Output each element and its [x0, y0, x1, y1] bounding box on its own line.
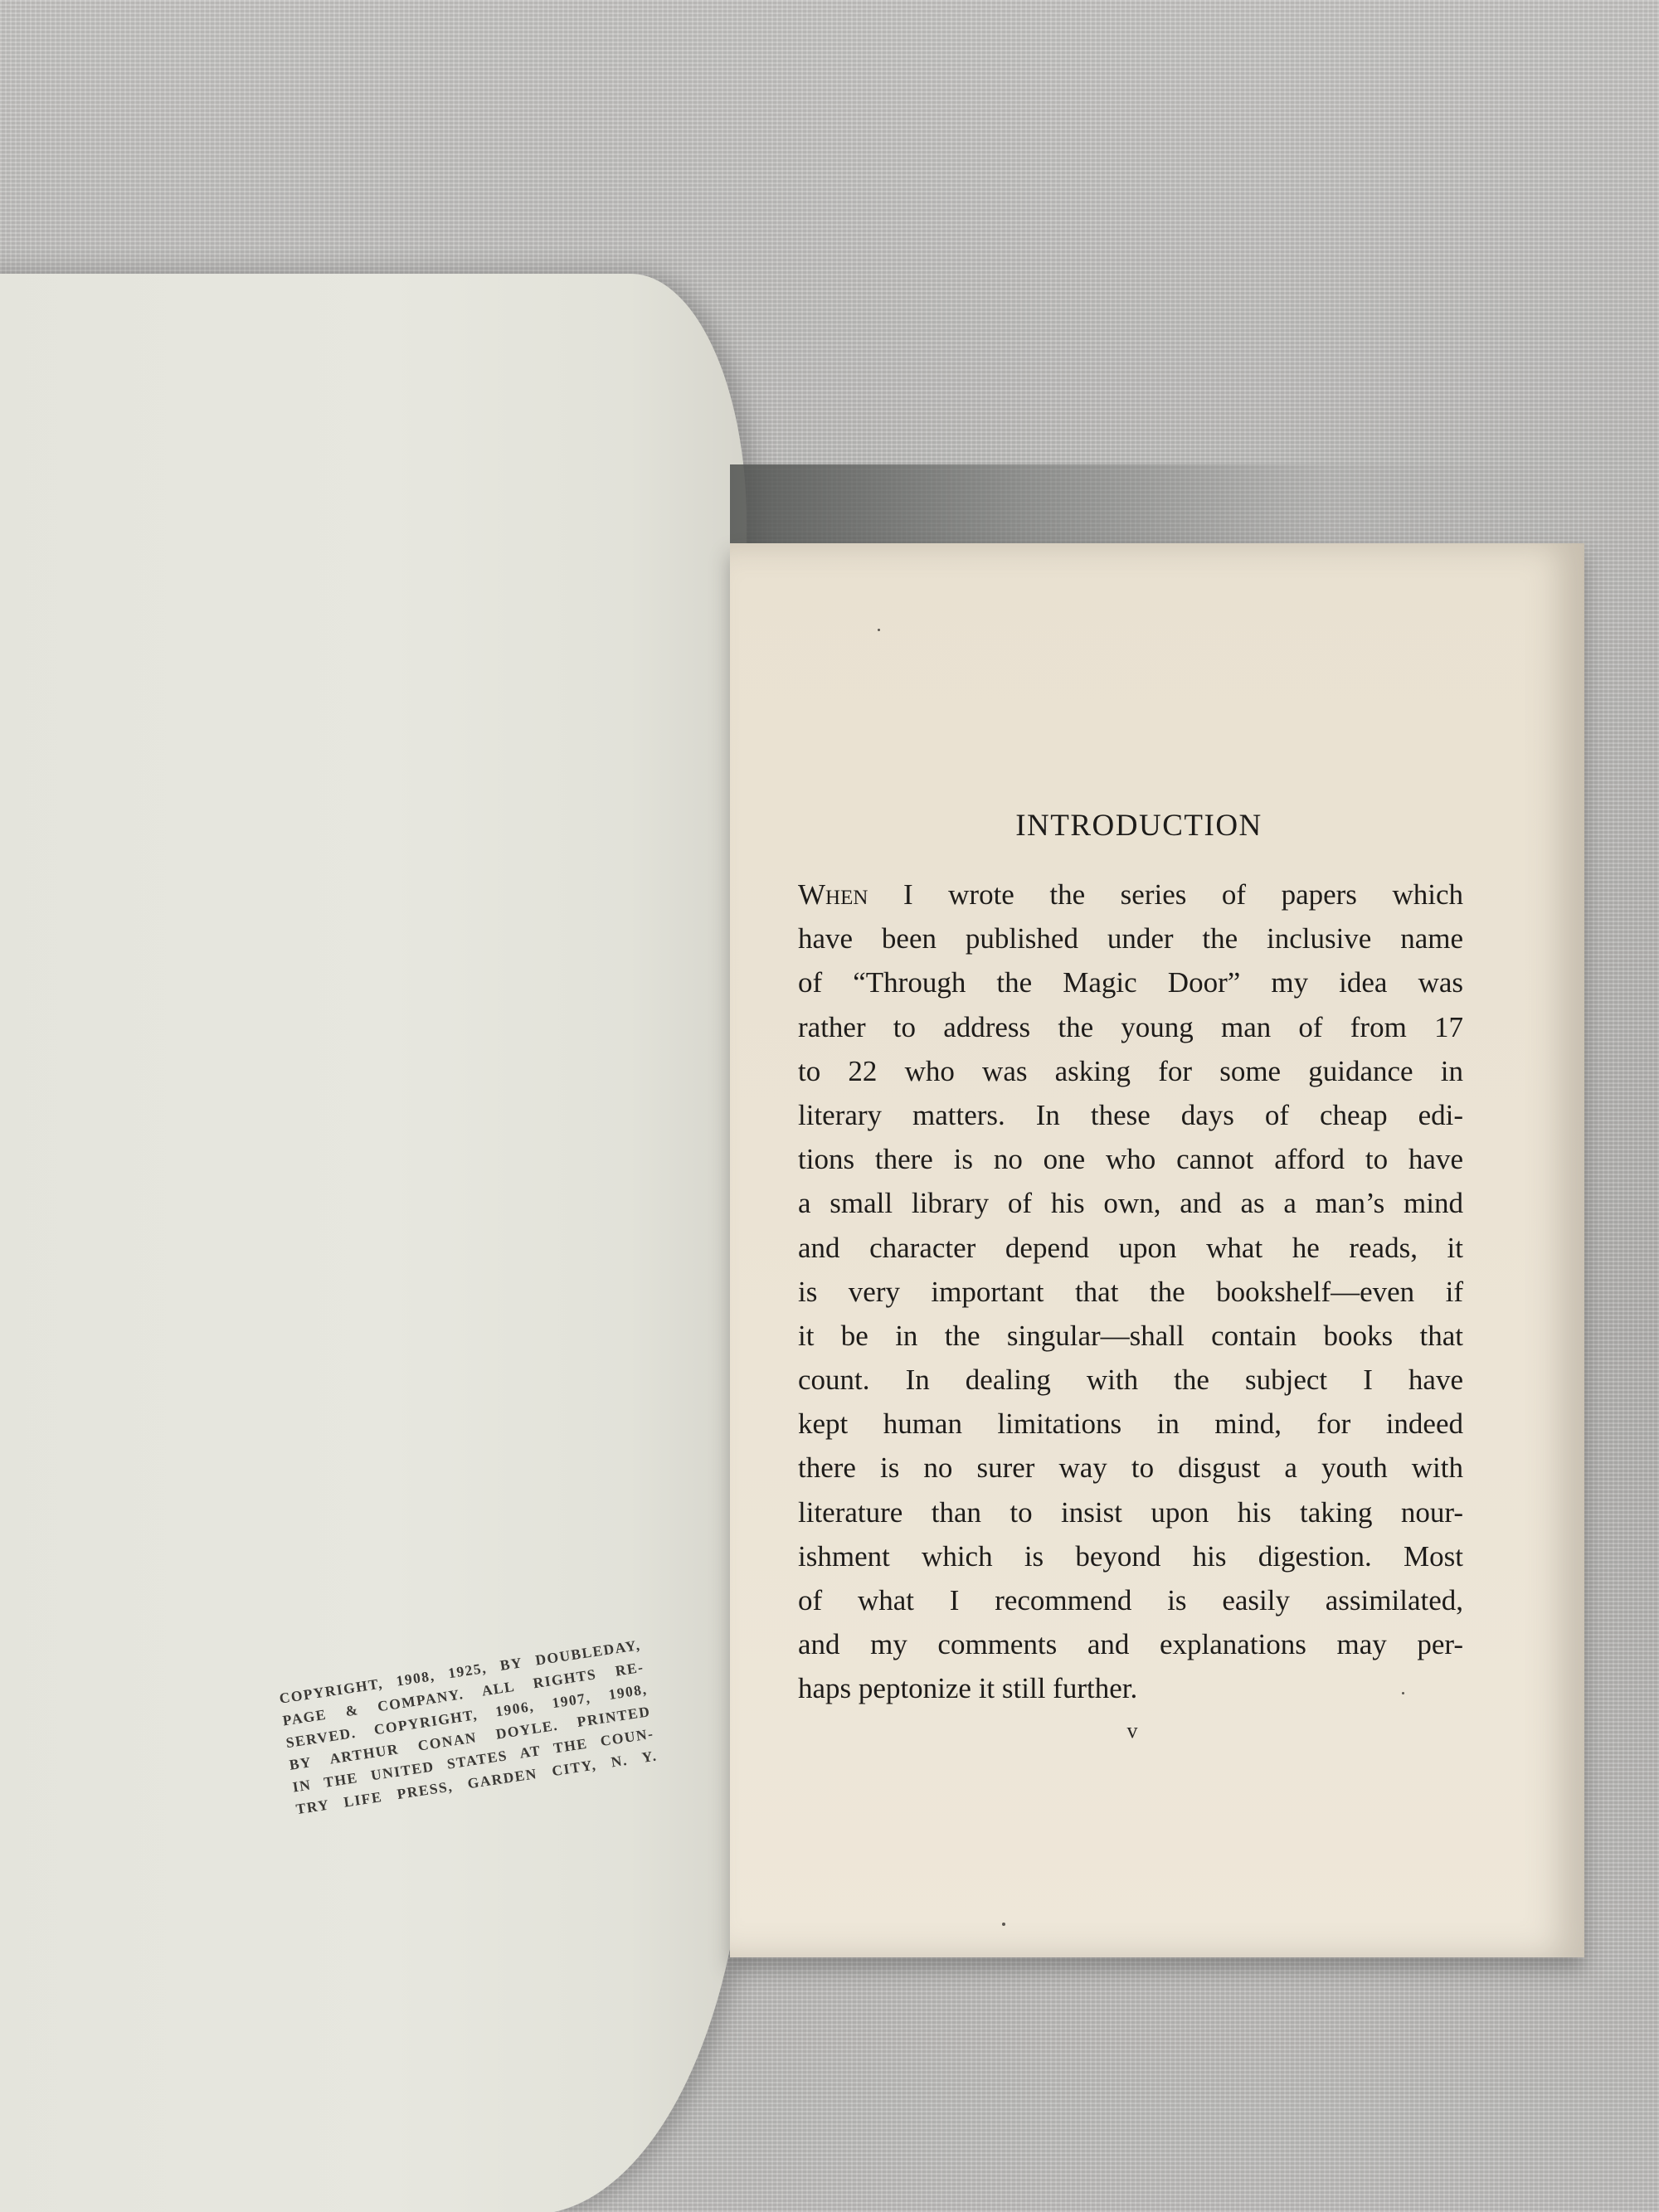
first-line-rest: I wrote the series of papers which	[868, 878, 1463, 911]
text-line: haps peptonize it still further.	[798, 1666, 1463, 1710]
drop-word: When	[798, 878, 868, 911]
gutter-shadow	[730, 464, 1584, 543]
text-line: there is no surer way to disgust a youth…	[798, 1446, 1463, 1490]
text-line: count. In dealing with the subject I hav…	[798, 1358, 1463, 1402]
text-line: of “Through the Magic Door” my idea was	[798, 960, 1463, 1004]
text-line: ishment which is beyond his digestion. M…	[798, 1534, 1463, 1578]
text-line: it be in the singular—shall contain book…	[798, 1314, 1463, 1358]
text-line: tions there is no one who cannot afford …	[798, 1137, 1463, 1181]
text-line: literature than to insist upon his takin…	[798, 1490, 1463, 1534]
text-line: have been published under the inclusive …	[798, 916, 1463, 960]
page-number: v	[1120, 1719, 1145, 1743]
text-line: literary matters. In these days of cheap…	[798, 1093, 1463, 1137]
text-line: a small library of his own, and as a man…	[798, 1181, 1463, 1225]
text-line: When I wrote the series of papers which	[798, 873, 1463, 916]
text-line: is very important that the bookshelf—eve…	[798, 1270, 1463, 1314]
text-line: kept human limitations in mind, for inde…	[798, 1402, 1463, 1446]
paper-speck	[1402, 1692, 1404, 1694]
page-title: INTRODUCTION	[798, 809, 1463, 843]
paper-speck	[1002, 1923, 1005, 1926]
paper-speck	[878, 629, 880, 631]
text-line: and my comments and explanations may per…	[798, 1622, 1463, 1666]
text-line: and character depend upon what he reads,…	[798, 1226, 1463, 1270]
text-line: to 22 who was asking for some guidance i…	[798, 1049, 1463, 1093]
text-line: rather to address the young man of from …	[798, 1005, 1463, 1049]
text-line: of what I recommend is easily assimilate…	[798, 1578, 1463, 1622]
left-page	[0, 274, 747, 2212]
introduction-text: INTRODUCTION When I wrote the series of …	[798, 809, 1463, 1711]
